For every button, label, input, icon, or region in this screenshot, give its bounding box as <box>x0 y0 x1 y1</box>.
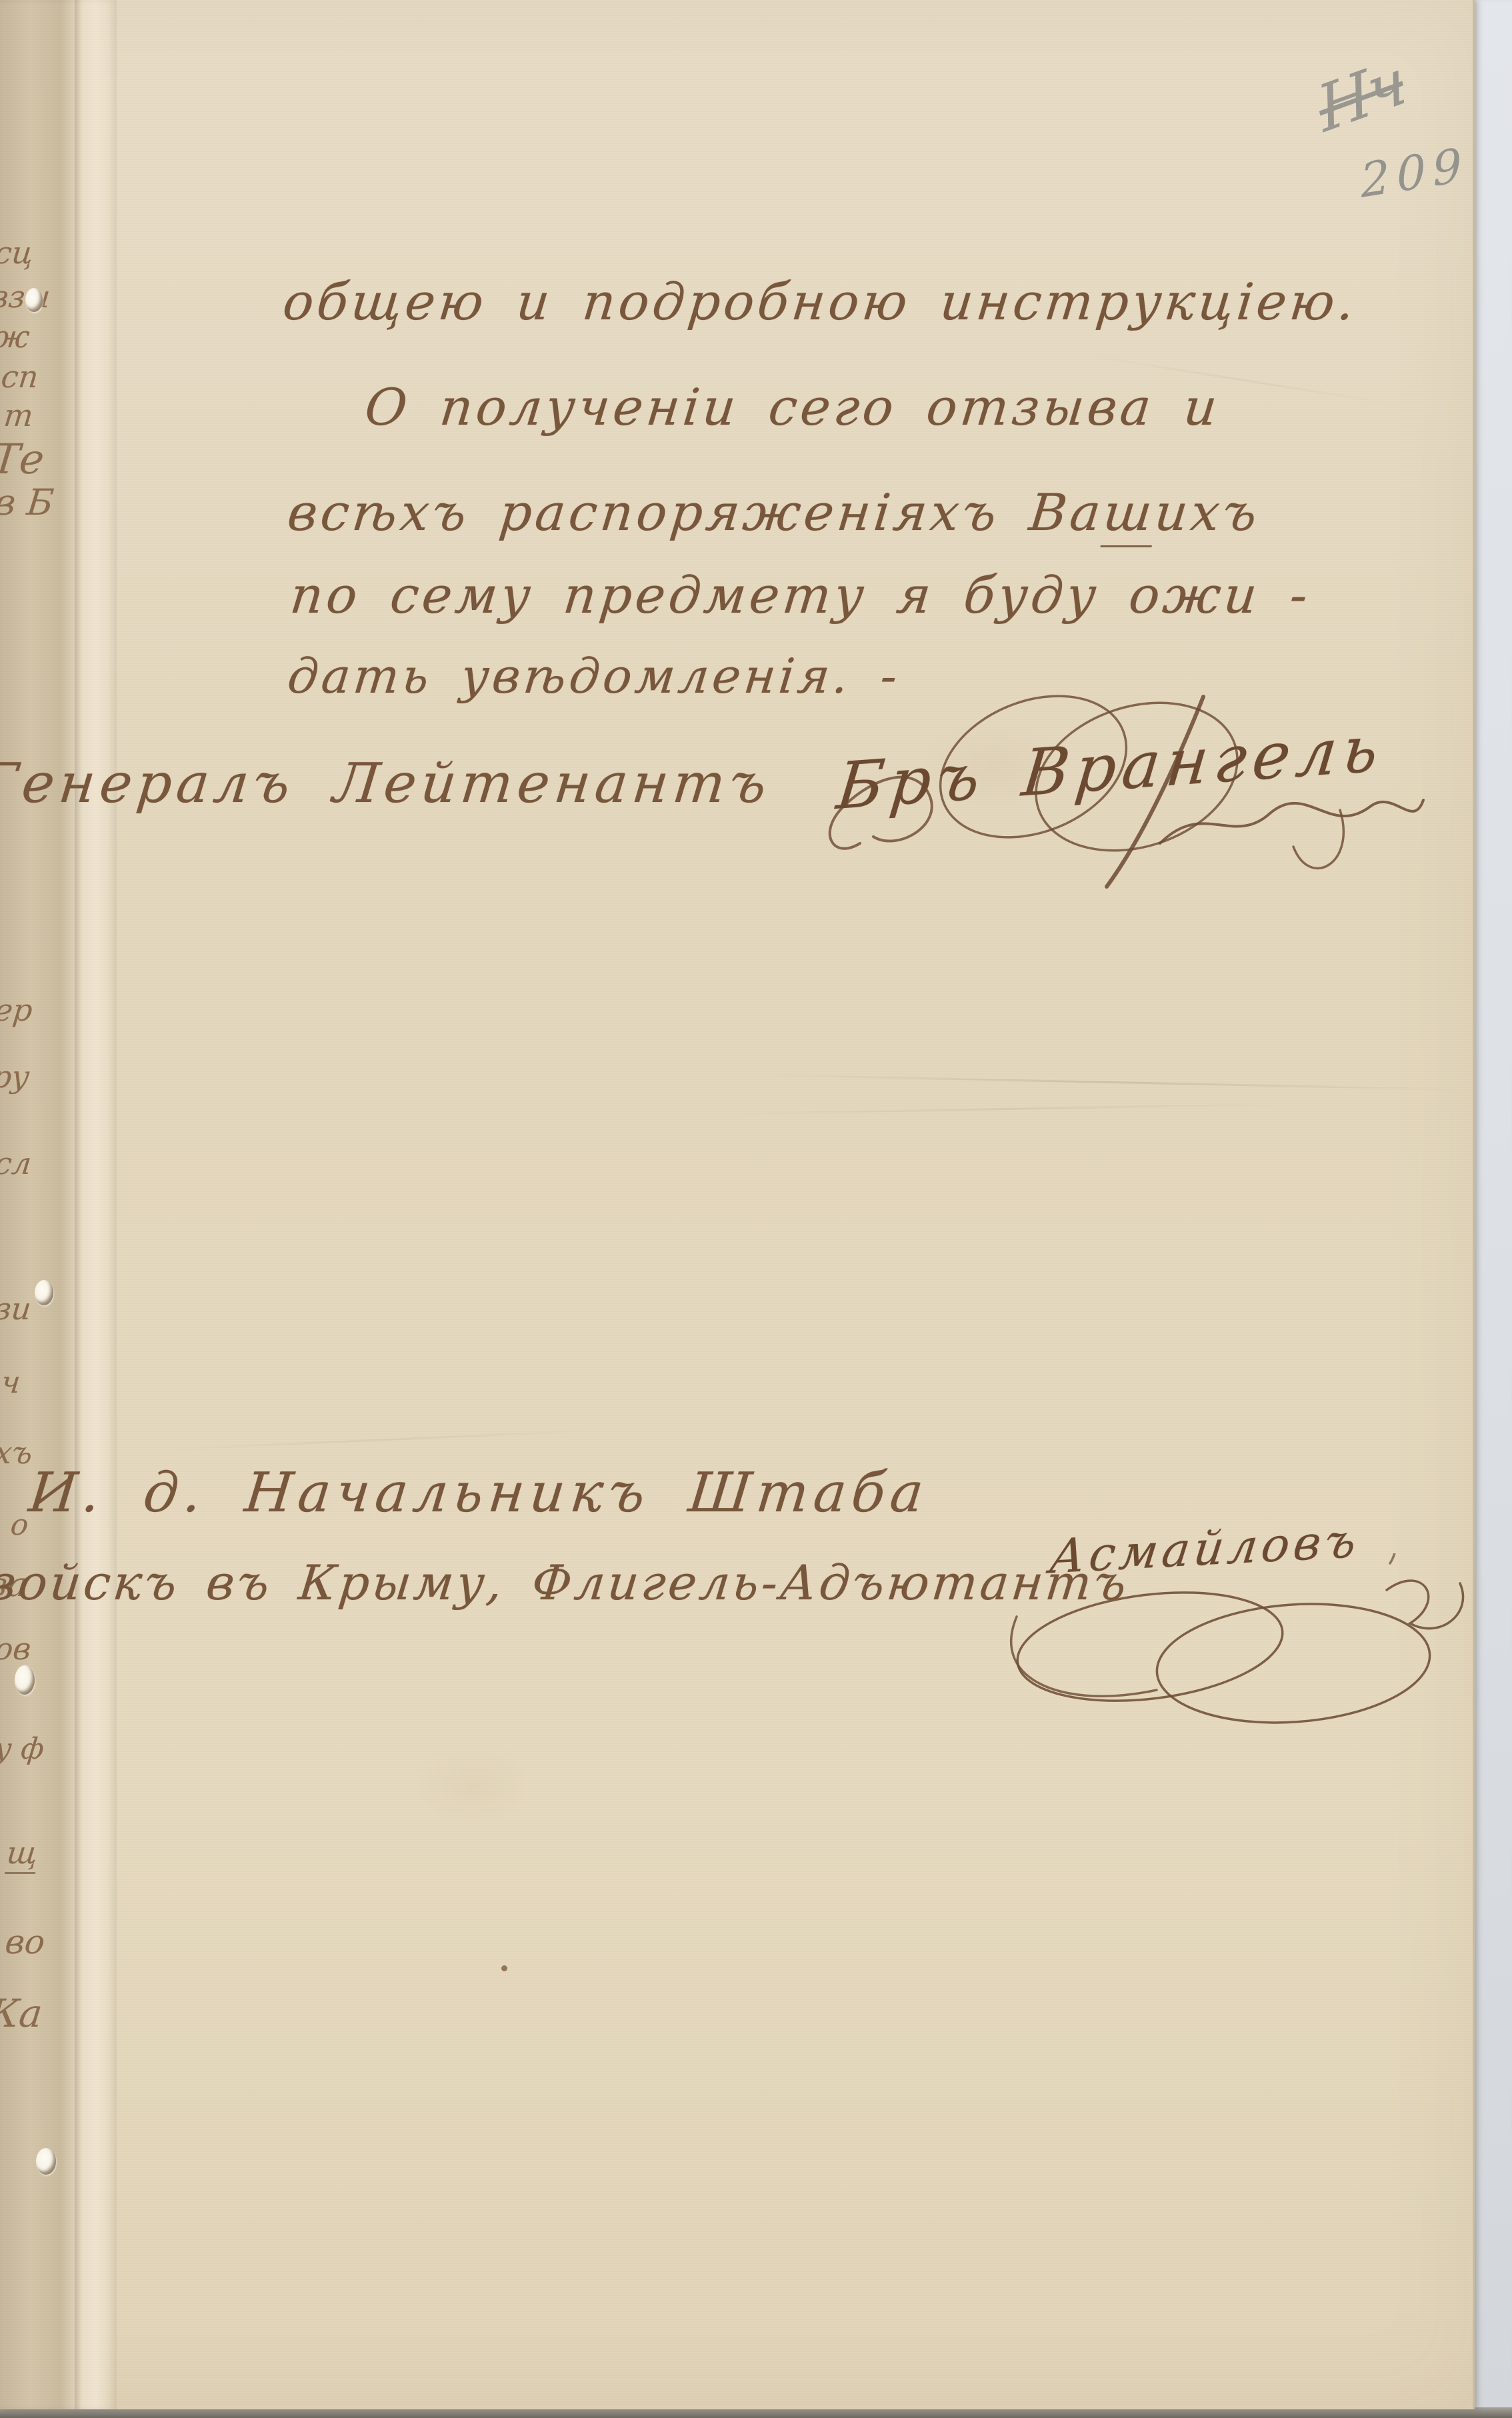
office-line-2: войскъ въ Крыму, Флигель-Адъютантъ <box>0 1555 1131 1611</box>
line-3-underlined-letter: ш <box>1100 483 1158 547</box>
margin-fragment: во <box>3 1923 47 1961</box>
margin-fragment: Те <box>0 435 47 483</box>
handwritten-line-5: дать увѣдомленія. - <box>285 648 903 704</box>
handwritten-line-1: общею и подробною инструкціею. <box>280 272 1360 331</box>
margin-fragment: сл <box>0 1145 33 1181</box>
margin-fragment: ер <box>0 992 35 1028</box>
margin-fragment: ч <box>0 1364 22 1400</box>
age-stain <box>413 1747 533 1827</box>
manuscript-page: сц взы ж сп т Те в Б ер ру сл зи ч хъ о … <box>0 0 1475 2409</box>
margin-fragment: ов <box>0 1631 33 1667</box>
binding-hole <box>15 1665 35 1695</box>
margin-fragment: щ <box>5 1835 39 1874</box>
binding-hole <box>35 1280 53 1305</box>
line-3-start: всѣхъ распоряженіяхъ Ва <box>285 483 1107 542</box>
paper-crease <box>720 1103 1293 1115</box>
margin-fragment: в Б <box>0 481 56 523</box>
handwritten-line-2: О полученіи сего отзыва и <box>362 377 1223 437</box>
margin-fragment: сп <box>0 359 40 395</box>
adjacent-page-edge <box>1475 0 1512 2418</box>
archive-page-photo: сц взы ж сп т Те в Б ер ру сл зи ч хъ о … <box>0 0 1512 2418</box>
margin-fragment: Ка <box>0 1991 45 2036</box>
rank-line: Генералъ Лейтенантъ <box>0 752 774 815</box>
ink-speck <box>501 1965 507 1971</box>
pencil-crossed-mark: Нч <box>1312 45 1410 147</box>
margin-fragment: хъ <box>0 1435 34 1471</box>
office-line-1: И. д. Начальникъ Штаба <box>26 1461 932 1525</box>
margin-fragment: ру <box>0 1059 31 1095</box>
binding-hole <box>25 288 43 312</box>
binding-hole <box>36 2148 56 2175</box>
margin-fragment: ж <box>0 319 31 355</box>
margin-fragment: зи <box>0 1291 33 1327</box>
margin-fragment: т <box>2 397 35 433</box>
handwritten-line-4: по сему предмету я буду ожи - <box>287 565 1313 625</box>
margin-fragment: у ф <box>0 1732 46 1766</box>
paper-crease <box>753 1074 1473 1091</box>
line-3-end: ихъ <box>1152 483 1263 542</box>
handwritten-line-3: всѣхъ распоряженіяхъ Вашихъ <box>285 483 1263 542</box>
page-number-pencil: 209 <box>1359 137 1470 209</box>
paper-crease <box>160 1429 613 1451</box>
margin-fragment: сц <box>0 235 35 271</box>
